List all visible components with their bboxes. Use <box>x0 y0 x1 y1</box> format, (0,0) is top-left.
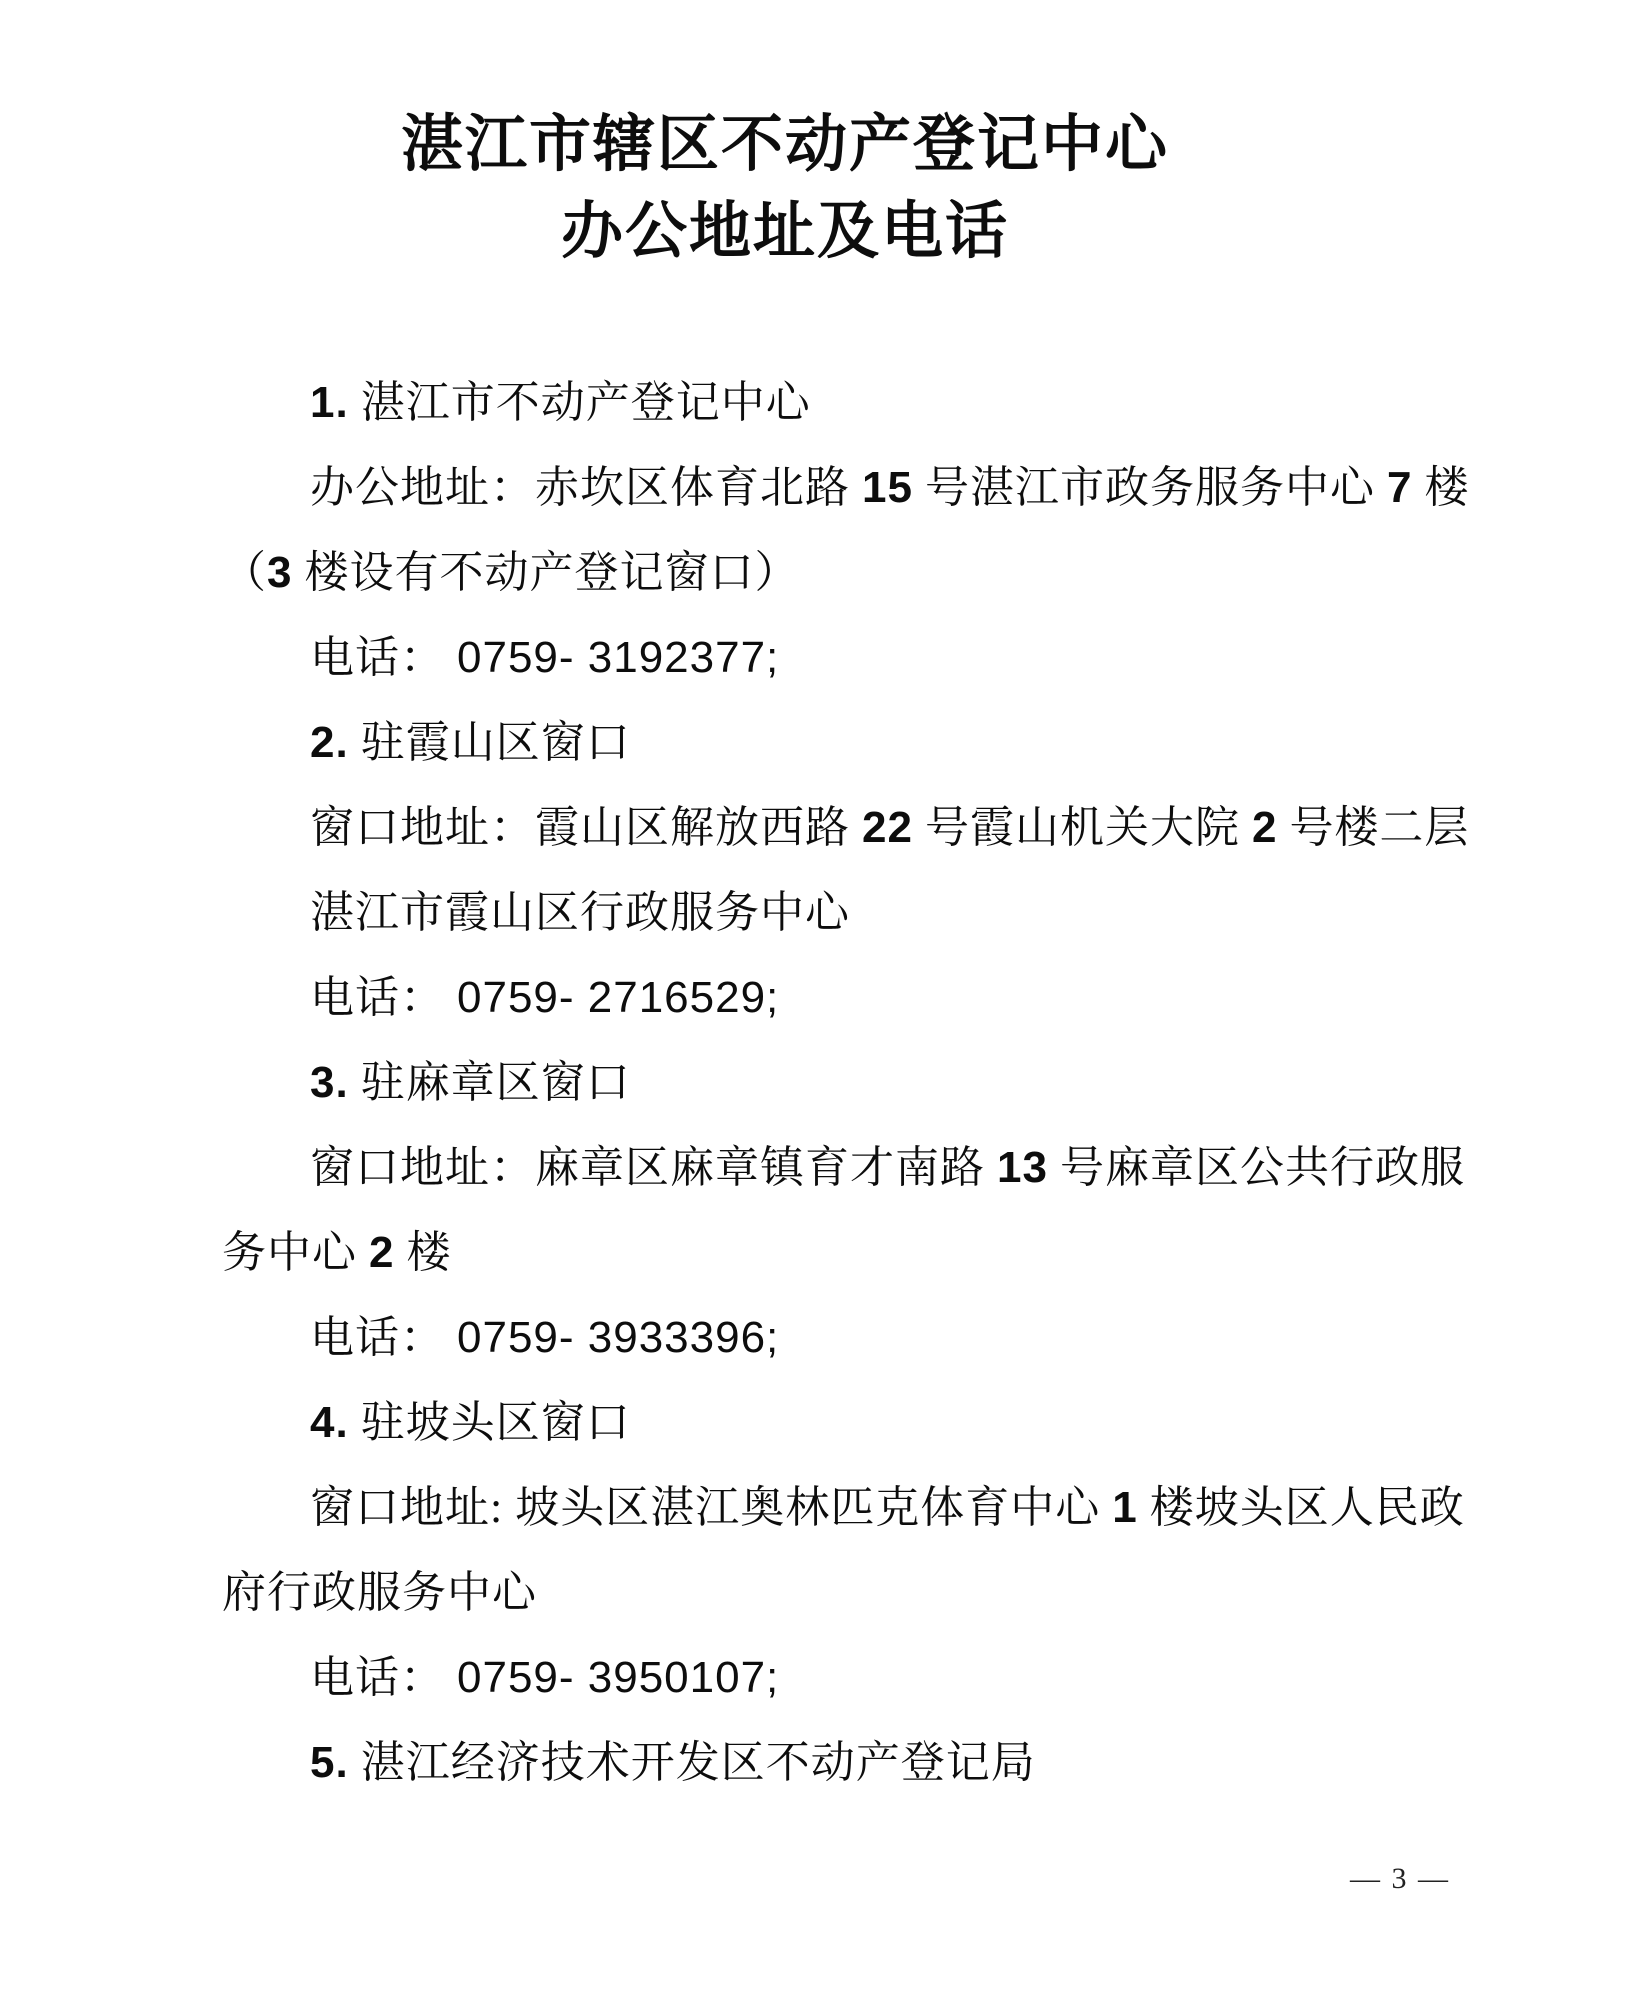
text-run-number: 2 <box>1252 803 1277 852</box>
text-line: 湛江市霞山区行政服务中心 <box>222 870 1462 955</box>
text-run-cjk: 湛江市霞山区行政服务中心 <box>310 888 850 937</box>
text-run-cjk: 驻麻章区窗口 <box>349 1058 631 1107</box>
text-run-cjk: 驻霞山区窗口 <box>349 718 631 767</box>
text-line: 务中心 2 楼 <box>222 1210 1462 1295</box>
text-run-cjk: 府行政服务中心 <box>222 1568 537 1617</box>
text-run-cjk: 湛江市不动产登记中心 <box>349 378 811 427</box>
text-run-cjk: 窗口地址: 坡头区湛江奥林匹克体育中心 <box>310 1483 1112 1532</box>
text-run-cjk: 湛江经济技术开发区不动产登记局 <box>349 1738 1036 1787</box>
text-run-cjk: 号楼二层 <box>1277 803 1469 852</box>
text-run-cjk: 务中心 <box>222 1228 369 1277</box>
text-run-cjk: 电话： <box>310 973 457 1022</box>
text-run-number: 4. <box>310 1398 349 1447</box>
text-run-number: 3. <box>310 1058 349 1107</box>
text-line: 办公地址：赤坎区体育北路 15 号湛江市政务服务中心 7 楼 <box>222 445 1462 530</box>
document-title-line1: 湛江市辖区不动产登记中心 <box>120 102 1450 189</box>
text-run-cjk: （ <box>222 548 267 597</box>
text-run-number: 0759- 2716529; <box>457 973 779 1022</box>
text-run-cjk: 驻坡头区窗口 <box>349 1398 631 1447</box>
text-run-cjk: 电话： <box>310 1653 457 1702</box>
text-run-number: 1. <box>310 378 349 427</box>
text-line: 5. 湛江经济技术开发区不动产登记局 <box>222 1720 1462 1805</box>
text-line: 府行政服务中心 <box>222 1550 1462 1635</box>
page-number: — 3 — <box>1350 1862 1450 1896</box>
text-run-cjk: 楼坡头区人民政 <box>1138 1483 1465 1532</box>
document-title: 湛江市辖区不动产登记中心 办公地址及电话 <box>120 0 1450 276</box>
document-body: 1. 湛江市不动产登记中心办公地址：赤坎区体育北路 15 号湛江市政务服务中心 … <box>222 360 1462 1805</box>
text-line: 1. 湛江市不动产登记中心 <box>222 360 1462 445</box>
text-line: 电话： 0759- 3933396; <box>222 1295 1462 1380</box>
text-run-number: 0759- 3950107; <box>457 1653 779 1702</box>
text-run-number: 2. <box>310 718 349 767</box>
text-line: 窗口地址：麻章区麻章镇育才南路 13 号麻章区公共行政服 <box>222 1125 1462 1210</box>
text-run-cjk: 楼 <box>1412 463 1469 512</box>
text-run-cjk: 号霞山机关大院 <box>913 803 1252 852</box>
text-run-number: 0759- 3192377; <box>457 633 779 682</box>
text-run-cjk: 办公地址：赤坎区体育北路 <box>310 463 862 512</box>
text-line: 电话： 0759- 2716529; <box>222 955 1462 1040</box>
text-run-cjk: 号麻章区公共行政服 <box>1048 1143 1465 1192</box>
text-run-number: 5. <box>310 1738 349 1787</box>
text-run-cjk: 号湛江市政务服务中心 <box>913 463 1387 512</box>
text-run-number: 22 <box>862 803 913 852</box>
text-line: 窗口地址: 坡头区湛江奥林匹克体育中心 1 楼坡头区人民政 <box>222 1465 1462 1550</box>
text-line: （3 楼设有不动产登记窗口） <box>222 530 1462 615</box>
text-run-cjk: 楼设有不动产登记窗口） <box>292 548 799 597</box>
text-run-cjk: 楼 <box>394 1228 451 1277</box>
text-line: 4. 驻坡头区窗口 <box>222 1380 1462 1465</box>
text-run-number: 0759- 3933396; <box>457 1313 779 1362</box>
text-run-cjk: 窗口地址：麻章区麻章镇育才南路 <box>310 1143 997 1192</box>
text-line: 窗口地址：霞山区解放西路 22 号霞山机关大院 2 号楼二层 <box>222 785 1462 870</box>
text-run-number: 13 <box>997 1143 1048 1192</box>
document-page: 湛江市辖区不动产登记中心 办公地址及电话 1. 湛江市不动产登记中心办公地址：赤… <box>0 0 1652 2000</box>
text-run-cjk: 电话： <box>310 633 457 682</box>
text-run-cjk: 电话： <box>310 1313 457 1362</box>
text-run-number: 3 <box>267 548 292 597</box>
text-run-cjk: 窗口地址：霞山区解放西路 <box>310 803 862 852</box>
text-run-number: 7 <box>1387 463 1412 512</box>
document-title-line2: 办公地址及电话 <box>120 189 1450 276</box>
text-line: 3. 驻麻章区窗口 <box>222 1040 1462 1125</box>
text-run-number: 15 <box>862 463 913 512</box>
text-run-number: 1 <box>1112 1483 1137 1532</box>
text-line: 电话： 0759- 3950107; <box>222 1635 1462 1720</box>
text-run-number: 2 <box>369 1228 394 1277</box>
text-line: 2. 驻霞山区窗口 <box>222 700 1462 785</box>
text-line: 电话： 0759- 3192377; <box>222 615 1462 700</box>
